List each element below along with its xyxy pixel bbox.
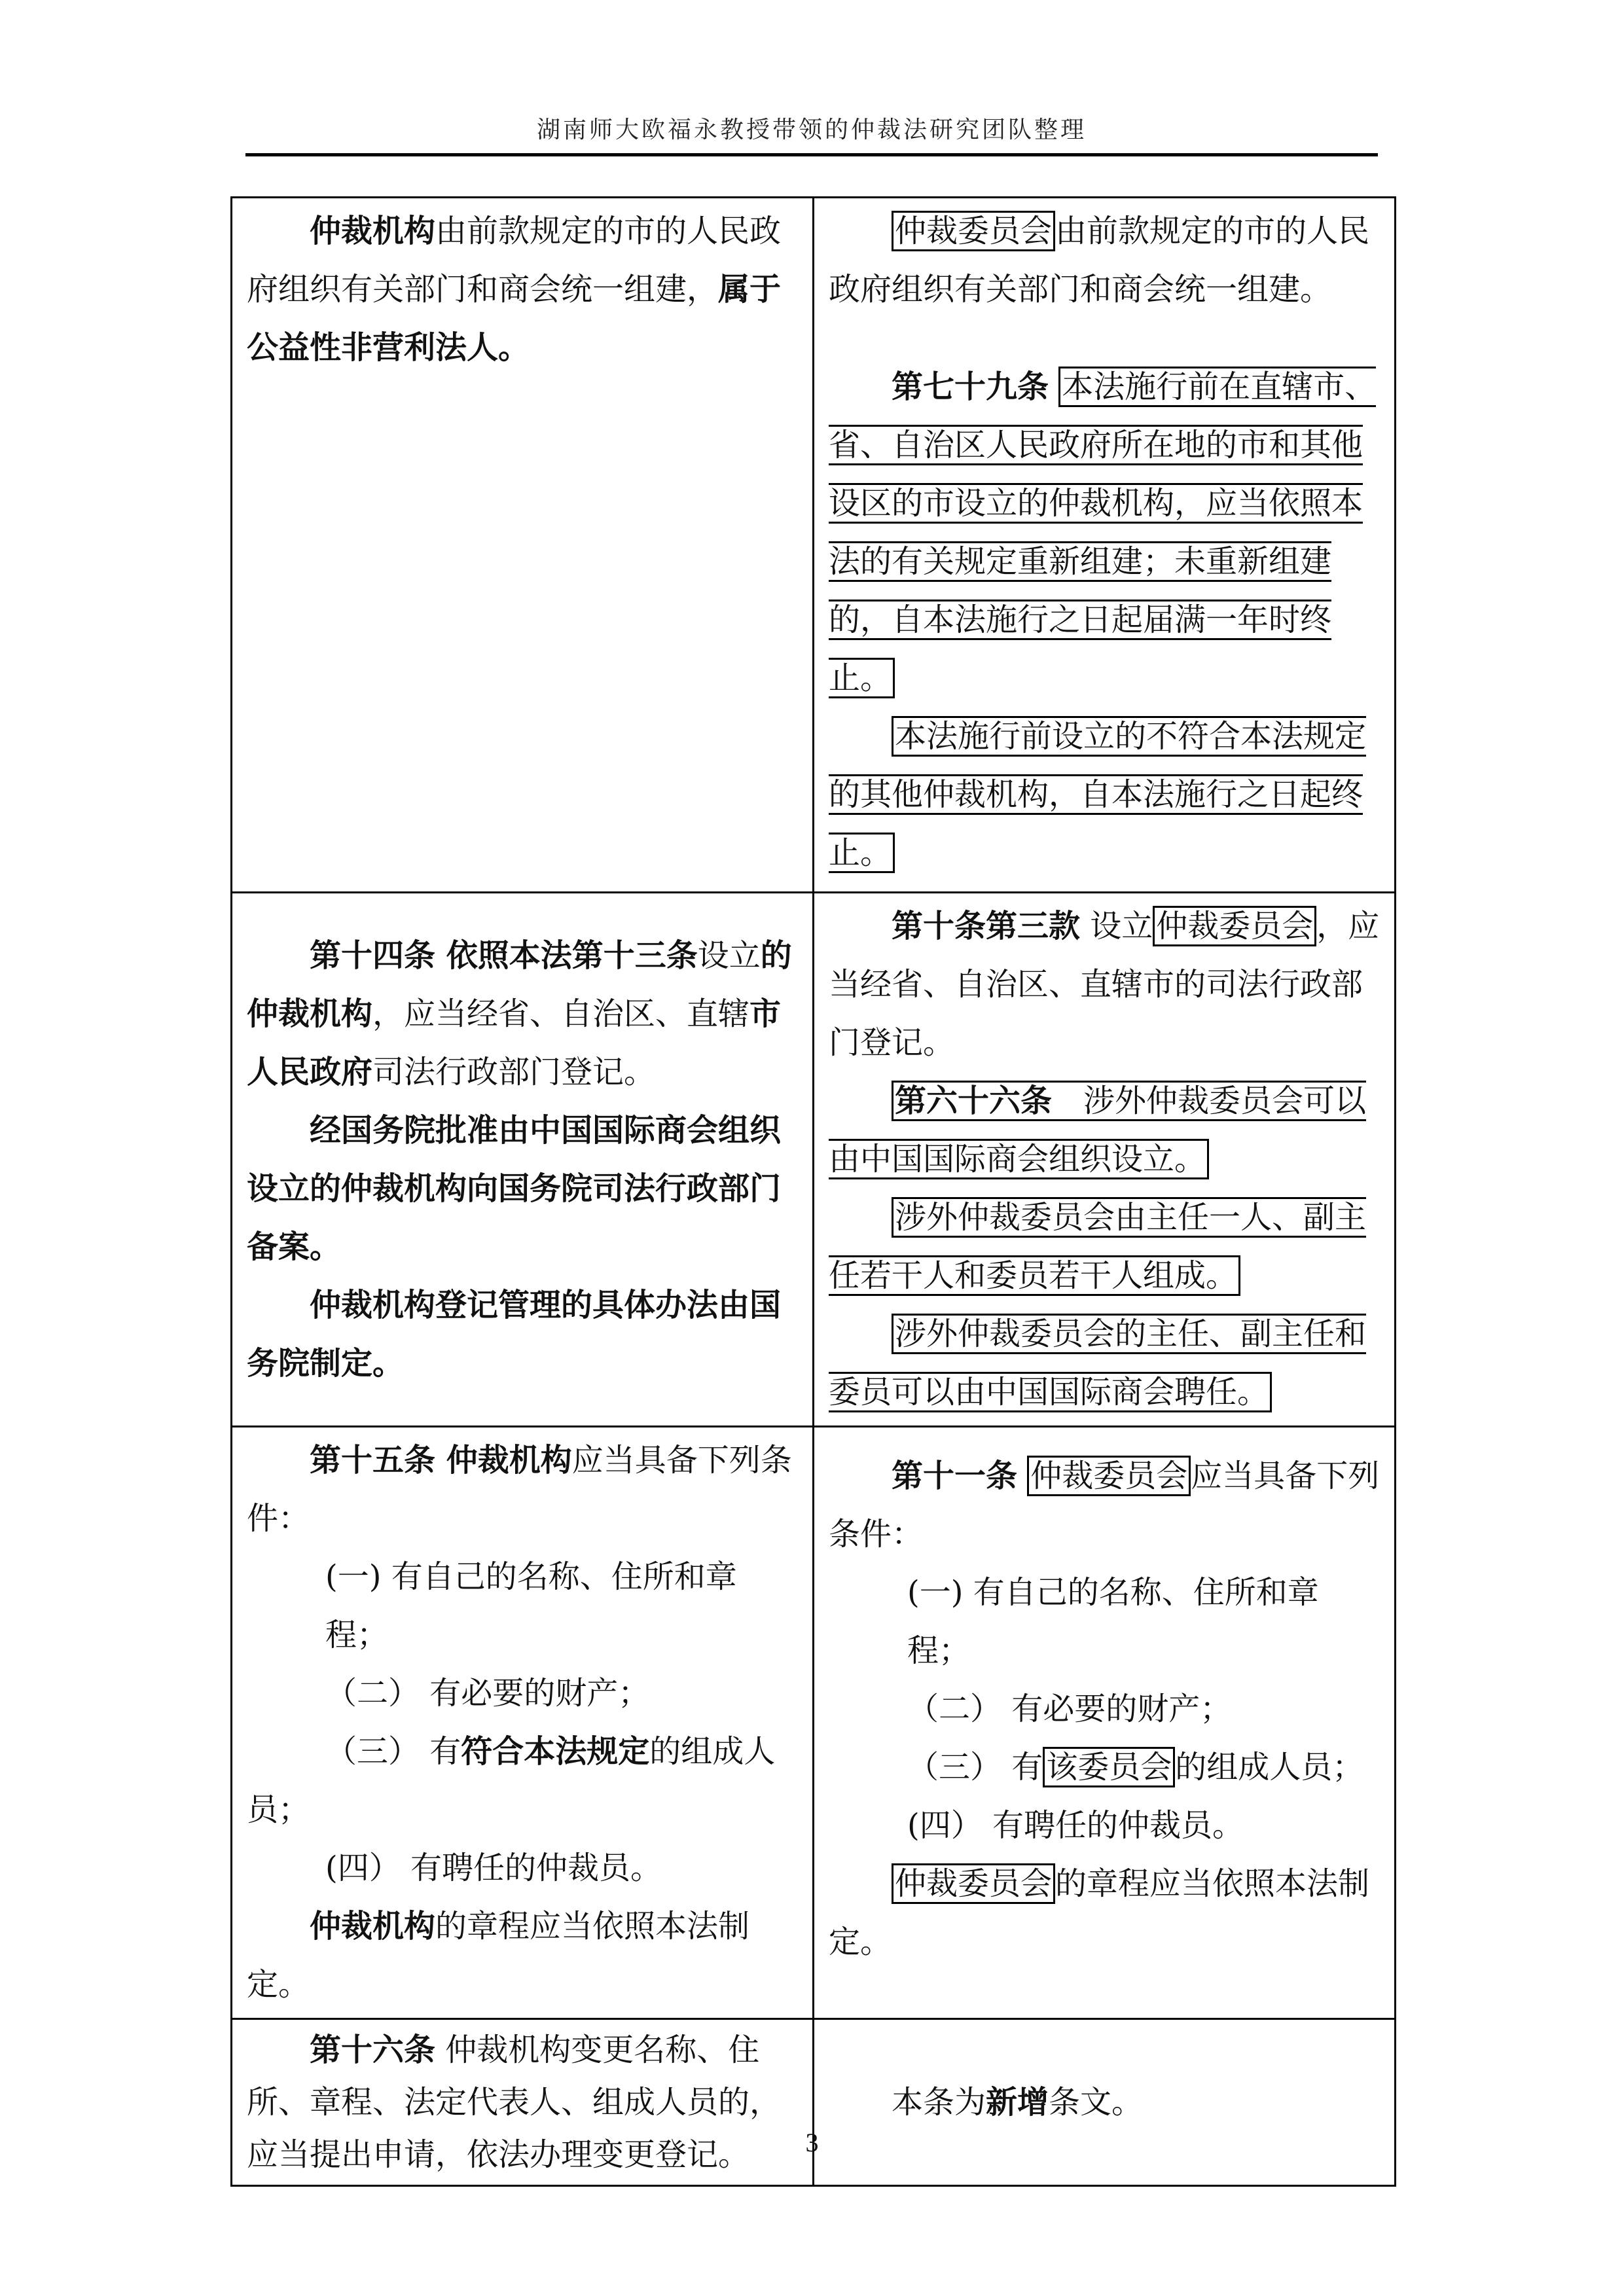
boxed-text: 涉外仲裁委员会由主任一人、副主任若干人和委员若干人组成。 [829, 1197, 1366, 1296]
article-number: 第十条第三款 [892, 908, 1080, 944]
list-item: （三） 有符合本法规定的组成人员； [247, 1723, 798, 1839]
paragraph: 涉外仲裁委员会的主任、副主任和委员可以由中国国际商会聘任。 [829, 1305, 1380, 1422]
boxed-text: 第六十六条 涉外仲裁委员会可以由中国国际商会组织设立。 [829, 1081, 1366, 1179]
list-item: (一) 有自己的名称、住所和章程； [247, 1548, 798, 1664]
text: 司法行政部门登记。 [372, 1054, 655, 1090]
boxed-text: 本法施行前设立的不符合本法规定的其他仲裁机构，自本法施行之日起终止。 [829, 716, 1366, 873]
cell-draft: 第十六条 仲裁机构变更名称、住所、章程、法定代表人、组成人员的，应当提出申请，依… [232, 2019, 814, 2186]
list-item: （三） 有该委员会的组成人员； [829, 1738, 1380, 1797]
bold-text: 新增 [986, 2084, 1049, 2121]
table-row: 第十四条 依照本法第十三条设立的仲裁机构，应当经省、自治区、直辖市人民政府司法行… [232, 893, 1396, 1427]
table-row: 仲裁机构由前款规定的市的人民政府组织有关部门和商会统一组建，属于公益性非营利法人… [232, 198, 1396, 893]
text: （二） 有必要的财产； [907, 1691, 1231, 1727]
table-row: 第十六条 仲裁机构变更名称、住所、章程、法定代表人、组成人员的，应当提出申请，依… [232, 2019, 1396, 2186]
bold-term: 仲裁机构 [310, 213, 435, 249]
cell-current-law: 第十一条 仲裁委员会应当具备下列条件： (一) 有自己的名称、住所和章程； （二… [814, 1427, 1396, 2019]
paragraph: 仲裁委员会由前款规定的市的人民政府组织有关部门和商会统一组建。 [829, 202, 1380, 319]
text: 本条为 [892, 2084, 986, 2121]
cell-current-law: 第十条第三款 设立仲裁委员会，应当经省、自治区、直辖市的司法行政部门登记。 第六… [814, 893, 1396, 1427]
list-item: (四） 有聘任的仲裁员。 [247, 1839, 798, 1897]
text: 设立 [1080, 908, 1153, 944]
article-number: 第十四条 依照本法第十三条 [310, 937, 698, 974]
paragraph: 仲裁委员会的章程应当依照本法制定。 [829, 1855, 1380, 1971]
text: ，应当经省、自治区、直辖 [372, 996, 749, 1032]
boxed-term: 仲裁委员会 [1153, 906, 1316, 946]
paragraph: 本条为新增条文。 [829, 2073, 1380, 2132]
bold-term: 仲裁机构 [310, 1908, 435, 1945]
article-number: 第七十九条 [892, 368, 1049, 405]
text: (四） 有聘任的仲裁员。 [325, 1850, 662, 1886]
bold-text: 经国务院批准由中国国际商会组织设立的仲裁机构向国务院司法行政部门备案。 [247, 1112, 781, 1265]
article-number: 第六十六条 [895, 1083, 1052, 1119]
text: （二） 有必要的财产； [325, 1675, 649, 1712]
text: 设立 [698, 937, 761, 974]
paragraph: 仲裁机构由前款规定的市的人民政府组织有关部门和商会统一组建，属于公益性非营利法人… [247, 202, 798, 377]
cell-current-law: 仲裁委员会由前款规定的市的人民政府组织有关部门和商会统一组建。 第七十九条 本法… [814, 198, 1396, 893]
boxed-text: 本法施行前在直辖市、省、自治区人民政府所在地的市和其他设区的市设立的仲裁机构，应… [829, 367, 1376, 698]
text: （三） 有 [907, 1749, 1043, 1785]
paragraph: 第十条第三款 设立仲裁委员会，应当经省、自治区、直辖市的司法行政部门登记。 [829, 897, 1380, 1072]
cell-draft: 第十四条 依照本法第十三条设立的仲裁机构，应当经省、自治区、直辖市人民政府司法行… [232, 893, 814, 1427]
paragraph: 经国务院批准由中国国际商会组织设立的仲裁机构向国务院司法行政部门备案。 [247, 1102, 798, 1276]
paragraph: 涉外仲裁委员会由主任一人、副主任若干人和委员若干人组成。 [829, 1189, 1380, 1305]
text: （三） 有 [325, 1733, 461, 1770]
cell-draft: 仲裁机构由前款规定的市的人民政府组织有关部门和商会统一组建，属于公益性非营利法人… [232, 198, 814, 893]
text: (一) 有自己的名称、住所和章程； [907, 1574, 1319, 1669]
list-item: （二） 有必要的财产； [247, 1664, 798, 1723]
article-number: 第十五条 仲裁机构 [310, 1442, 572, 1479]
paragraph: 第十一条 仲裁委员会应当具备下列条件： [829, 1447, 1380, 1564]
paragraph: 第六十六条 涉外仲裁委员会可以由中国国际商会组织设立。 [829, 1072, 1380, 1189]
bold-text: 符合本法规定 [461, 1733, 649, 1770]
cell-draft: 第十五条 仲裁机构应当具备下列条件： (一) 有自己的名称、住所和章程； （二）… [232, 1427, 814, 2019]
text: (一) 有自己的名称、住所和章程； [325, 1558, 737, 1653]
text: 的组成人员； [1175, 1749, 1363, 1785]
boxed-term: 该委员会 [1043, 1747, 1175, 1787]
paragraph: 仲裁机构的章程应当依照本法制定。 [247, 1897, 798, 2014]
article-number: 第十一条 [892, 1458, 1017, 1494]
table-row: 第十五条 仲裁机构应当具备下列条件： (一) 有自己的名称、住所和章程； （二）… [232, 1427, 1396, 2019]
boxed-term: 仲裁委员会 [892, 1863, 1055, 1904]
boxed-term: 仲裁委员会 [892, 211, 1055, 251]
comparison-table: 仲裁机构由前款规定的市的人民政府组织有关部门和商会统一组建，属于公益性非营利法人… [230, 196, 1396, 2187]
cell-current-law: 本条为新增条文。 [814, 2019, 1396, 2186]
paragraph: 第十五条 仲裁机构应当具备下列条件： [247, 1431, 798, 1548]
list-item: (四） 有聘任的仲裁员。 [829, 1797, 1380, 1855]
paragraph: 第十四条 依照本法第十三条设立的仲裁机构，应当经省、自治区、直辖市人民政府司法行… [247, 927, 798, 1102]
page-header: 湖南师大欧福永教授带领的仲裁法研究团队整理 [245, 111, 1378, 145]
text: (四） 有聘任的仲裁员。 [907, 1807, 1244, 1844]
bold-text: 仲裁机构登记管理的具体办法由国务院制定。 [247, 1287, 781, 1382]
boxed-term: 仲裁委员会 [1027, 1456, 1191, 1496]
text: 条文。 [1049, 2084, 1143, 2121]
header-rule [245, 153, 1378, 156]
paragraph: 本法施行前设立的不符合本法规定的其他仲裁机构，自本法施行之日起终止。 [829, 708, 1380, 882]
page-number: 3 [0, 2127, 1624, 2158]
spacer [829, 319, 1380, 358]
article-number: 第十六条 [310, 2032, 435, 2068]
paragraph: 第七十九条 本法施行前在直辖市、省、自治区人民政府所在地的市和其他设区的市设立的… [829, 358, 1380, 708]
boxed-text: 涉外仲裁委员会的主任、副主任和委员可以由中国国际商会聘任。 [829, 1314, 1366, 1412]
list-item: (一) 有自己的名称、住所和章程； [829, 1564, 1380, 1680]
list-item: （二） 有必要的财产； [829, 1680, 1380, 1738]
paragraph: 仲裁机构登记管理的具体办法由国务院制定。 [247, 1276, 798, 1393]
